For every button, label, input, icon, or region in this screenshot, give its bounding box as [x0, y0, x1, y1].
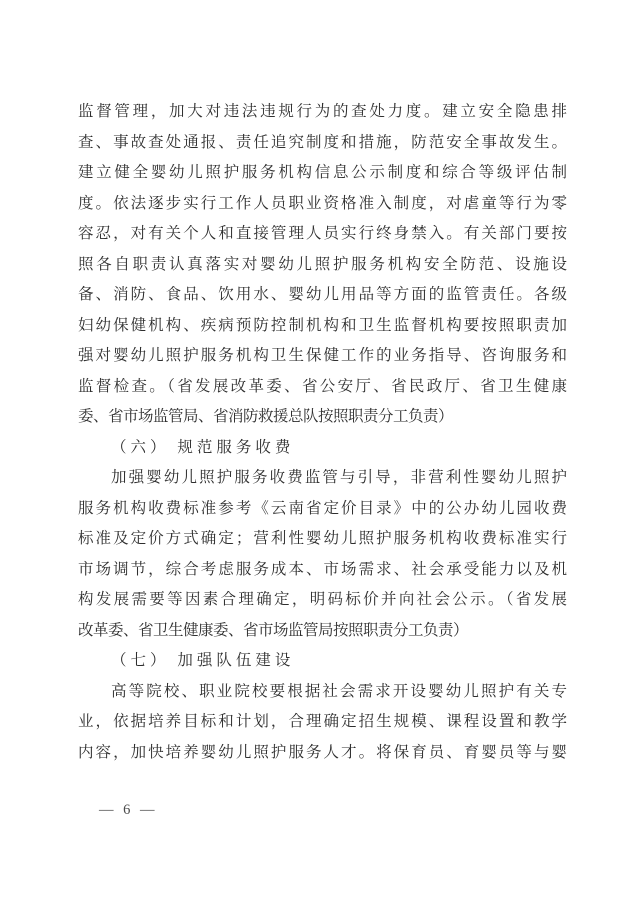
- text-line: 度。依法逐步实行工作人员职业资格准入制度，对虐童等行为零: [78, 189, 567, 220]
- text-line: 监督检查。（省发展改革委、省公安厅、省民政厅、省卫生健康: [78, 372, 567, 403]
- text-line: 内容，加快培养婴幼儿照护服务人才。将保育员、育婴员等与婴: [78, 738, 567, 769]
- section-heading: （七） 加强队伍建设: [78, 646, 567, 677]
- text-line: 加强婴幼儿照护服务收费监管与引导，非营利性婴幼儿照护: [78, 463, 567, 494]
- text-line: 改革委、省卫生健康委、省市场监管局按照职责分工负责）: [78, 616, 567, 647]
- text-line: 业，依据培养目标和计划，合理确定招生规模、课程设置和教学: [78, 707, 567, 738]
- text-line: 建立健全婴幼儿照护服务机构信息公示制度和综合等级评估制: [78, 158, 567, 189]
- text-line: 强对婴幼儿照护服务机构卫生保健工作的业务指导、咨询服务和: [78, 341, 567, 372]
- text-line: 容忍，对有关个人和直接管理人员实行终身禁入。有关部门要按: [78, 219, 567, 250]
- page-number: — 6 —: [99, 799, 158, 821]
- text-line: 妇幼保健机构、疾病预防控制机构和卫生监督机构要按照职责加: [78, 311, 567, 342]
- text-line: 委、省市场监管局、省消防救援总队按照职责分工负责）: [78, 402, 567, 433]
- document-page: 监督管理，加大对违法违规行为的查处力度。建立安全隐患排 查、事故查处通报、责任追…: [0, 0, 636, 900]
- document-body: 监督管理，加大对违法违规行为的查处力度。建立安全隐患排 查、事故查处通报、责任追…: [78, 97, 567, 768]
- text-line: 监督管理，加大对违法违规行为的查处力度。建立安全隐患排: [78, 97, 567, 128]
- text-line: 构发展需要等因素合理确定，明码标价并向社会公示。（省发展: [78, 585, 567, 616]
- text-line: 市场调节，综合考虑服务成本、市场需求、社会承受能力以及机: [78, 555, 567, 586]
- text-line: 备、消防、食品、饮用水、婴幼儿用品等方面的监管责任。各级: [78, 280, 567, 311]
- text-line: 高等院校、职业院校要根据社会需求开设婴幼儿照护有关专: [78, 677, 567, 708]
- text-line: 查、事故查处通报、责任追究制度和措施，防范安全事故发生。: [78, 128, 567, 159]
- text-line: 服务机构收费标准参考《云南省定价目录》中的公办幼儿园收费: [78, 494, 567, 525]
- section-heading: （六） 规范服务收费: [78, 433, 567, 464]
- text-line: 照各自职责认真落实对婴幼儿照护服务机构安全防范、设施设: [78, 250, 567, 281]
- text-line: 标准及定价方式确定；营利性婴幼儿照护服务机构收费标准实行: [78, 524, 567, 555]
